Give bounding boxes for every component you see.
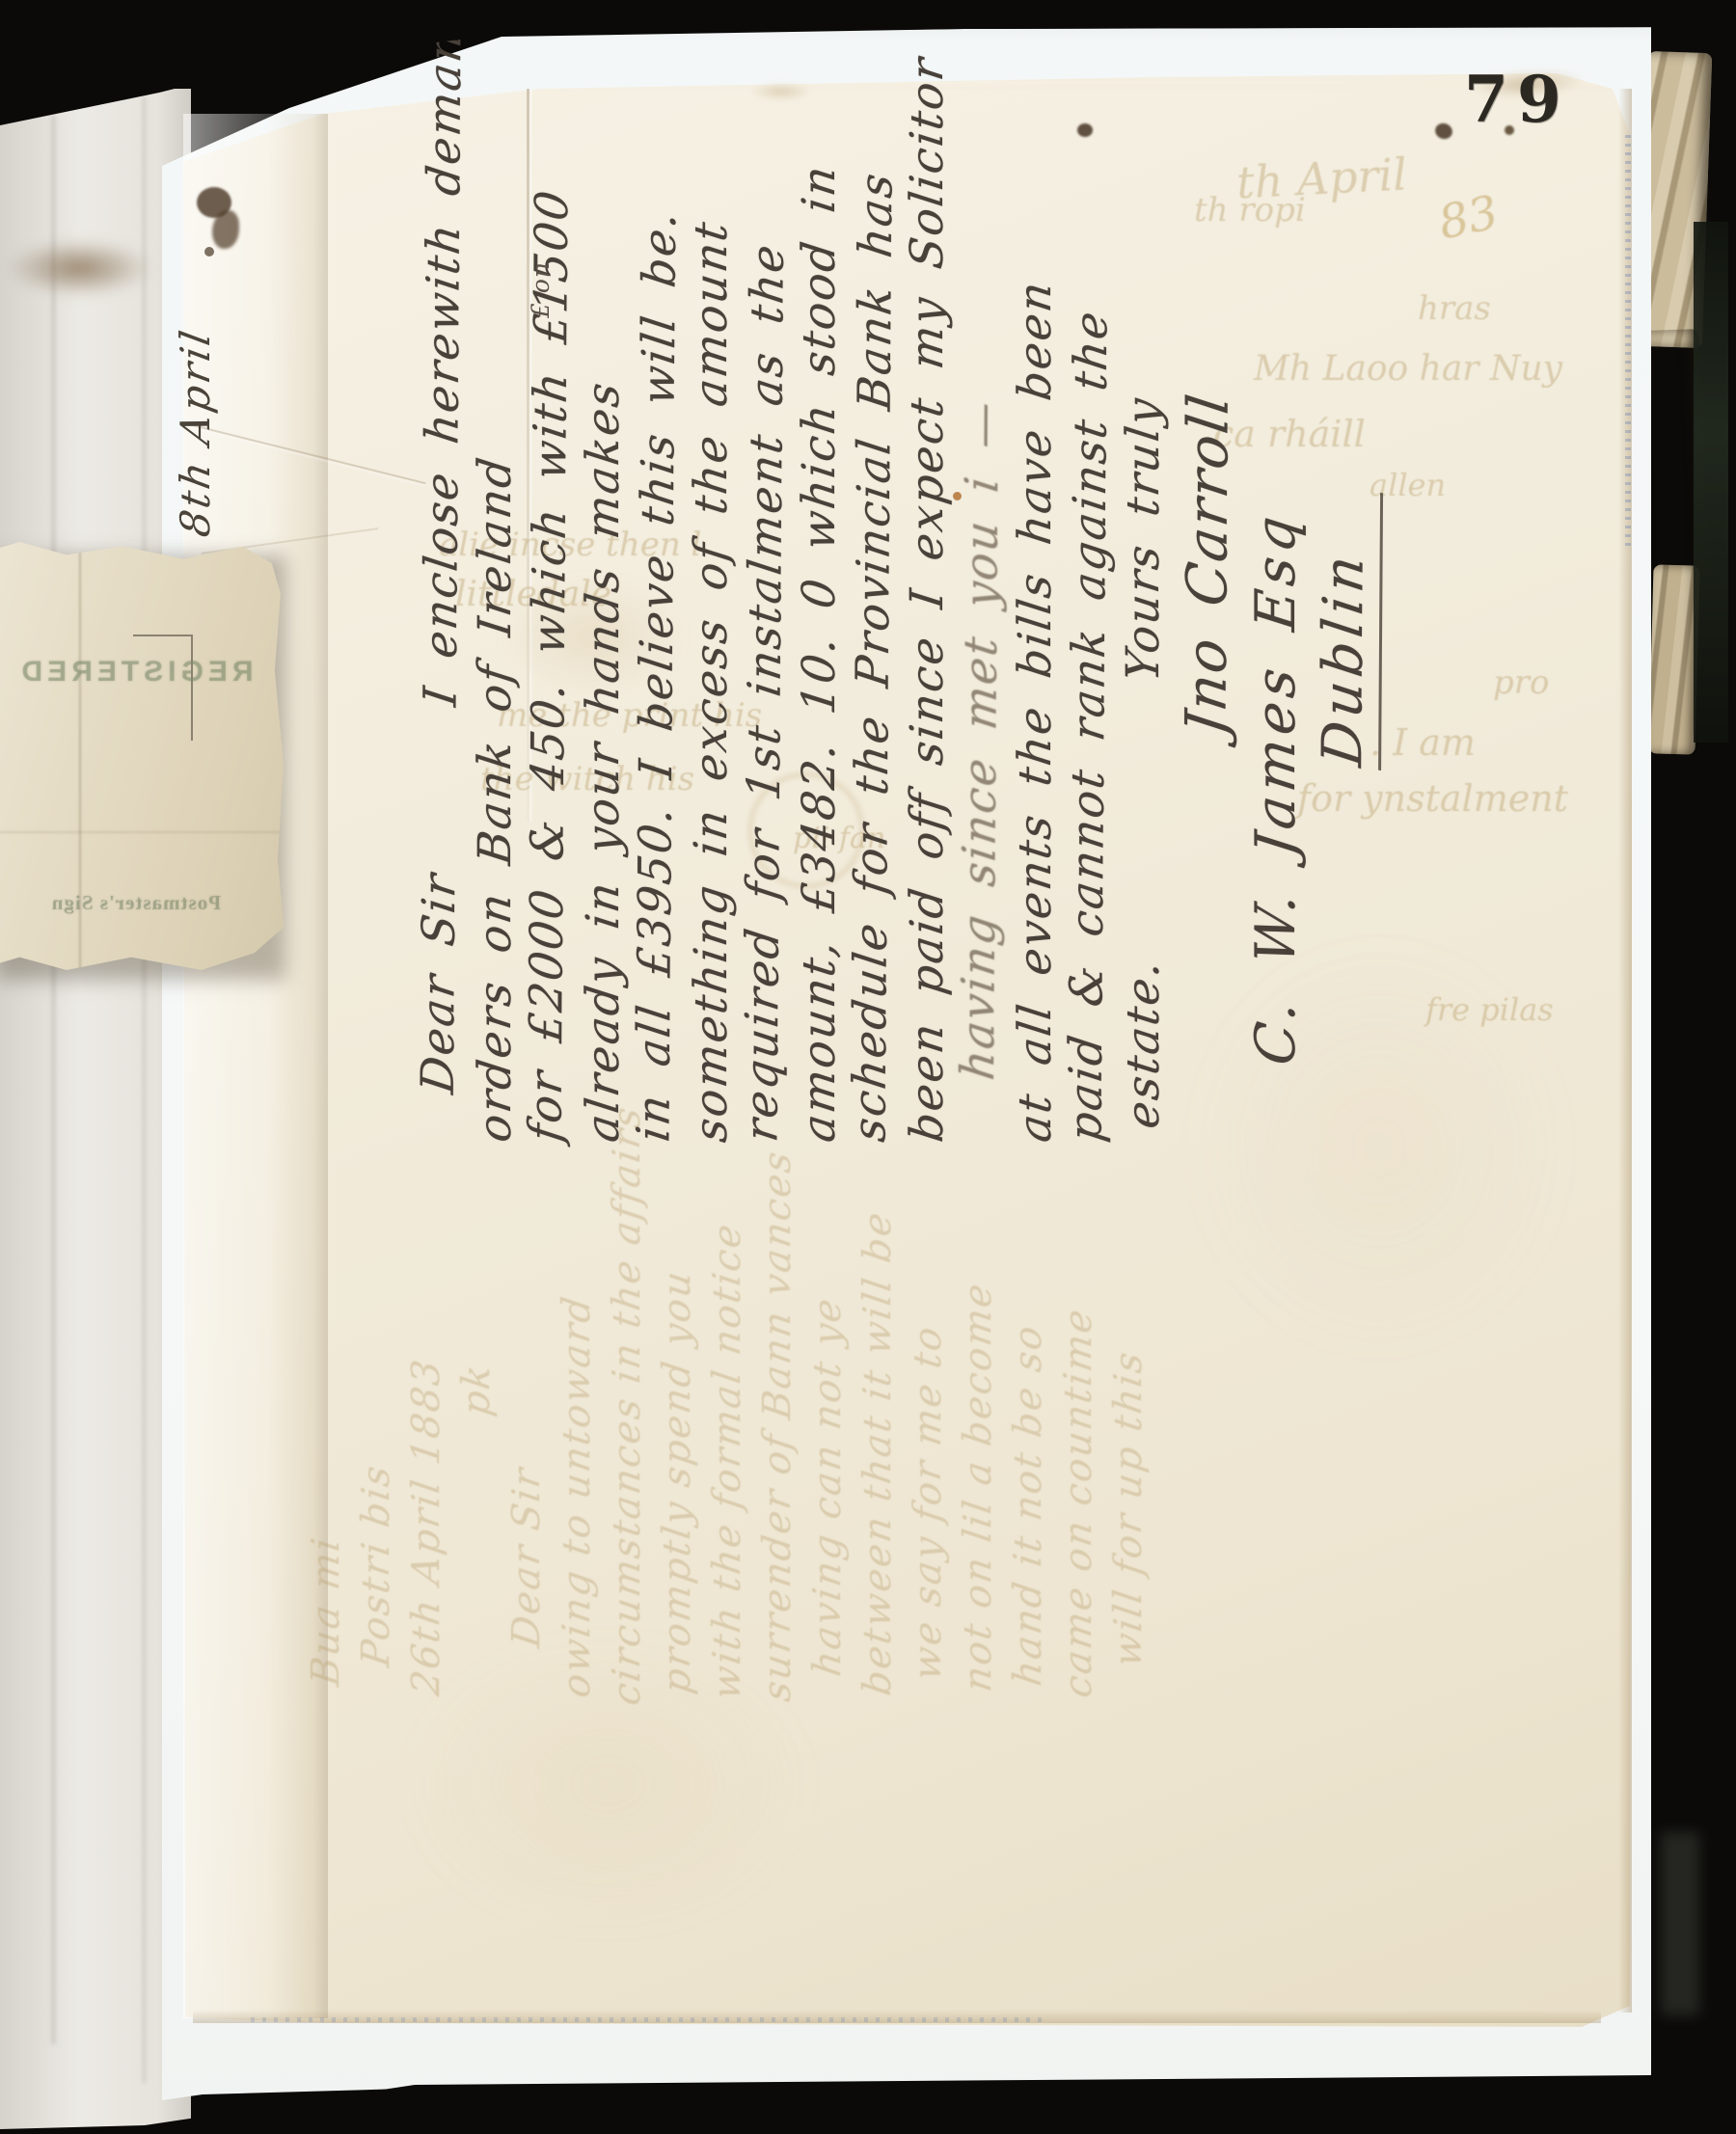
letter-line: required for 1st instalment as the [735, 122, 796, 1152]
ghost-line: Bua mi [301, 828, 351, 1708]
crumpled-paper [1648, 564, 1699, 754]
letter-line: in all £3950. I believe this will be. [627, 122, 688, 1152]
interline-insertion: £ on [527, 261, 555, 318]
binding-cloth [1661, 1832, 1699, 2015]
letter-line: been paid off since I expect my Solicito… [901, 122, 955, 1153]
letter-text-block: Dear Sir I enclose herewith demand order… [415, 125, 1379, 1149]
letter-line-faint: having since met you i — [951, 122, 1012, 1152]
tag-crease [0, 831, 284, 833]
underlined-city: Dublin [1311, 484, 1383, 770]
docket-date: 8th April [172, 199, 219, 547]
tag-footer-mirrored-text: Postmaster's Sign [0, 891, 276, 915]
ghost-fragment: pro [1493, 663, 1550, 702]
tag-pencil-mark [133, 635, 193, 636]
letter-line: already in your hands makes [577, 122, 631, 1153]
letter-line: something in excess of the amount [685, 122, 739, 1153]
ghost-fragment: . I am [1370, 721, 1476, 764]
scanned-letter-page: Bua mi Postri bis 26th April 1883 pk Dea… [0, 0, 1736, 2134]
ghost-fragment: hras [1418, 289, 1491, 328]
ghost-line: Postri bis [351, 828, 401, 1708]
page-number-stamp: 79 [1464, 62, 1570, 137]
recipient-line: C. W. James Esq [1242, 122, 1310, 1154]
docket-date-block: 8th April [172, 203, 260, 542]
letter-line: paid & cannot rank against the [1059, 122, 1120, 1152]
recipient-city-line: Dublin [1306, 122, 1380, 1153]
letter-line: Dear Sir I enclose herewith demand [411, 122, 472, 1152]
letter-line: estate. Yours truly [1117, 122, 1171, 1153]
letter-line: orders on Bank of Ireland [469, 122, 523, 1153]
blue-edge-speckles [251, 2017, 1042, 2022]
registered-mirrored-text: REGISTERED [0, 656, 278, 689]
letter-line: schedule for the Provincial Bank has [843, 122, 904, 1152]
scan-right-shadow [1728, 0, 1736, 2134]
signature-line: Jno Carroll [1167, 122, 1245, 1154]
letter-line: at all events the bills have been [1009, 122, 1063, 1153]
attached-tag: REGISTERED Postmaster's Sign [0, 542, 284, 970]
ghost-fragment: fre pilas [1425, 991, 1554, 1028]
blue-edge-speckles [1625, 135, 1631, 550]
letter-line: amount, £3482. 10. 0 which stood in [793, 122, 847, 1153]
